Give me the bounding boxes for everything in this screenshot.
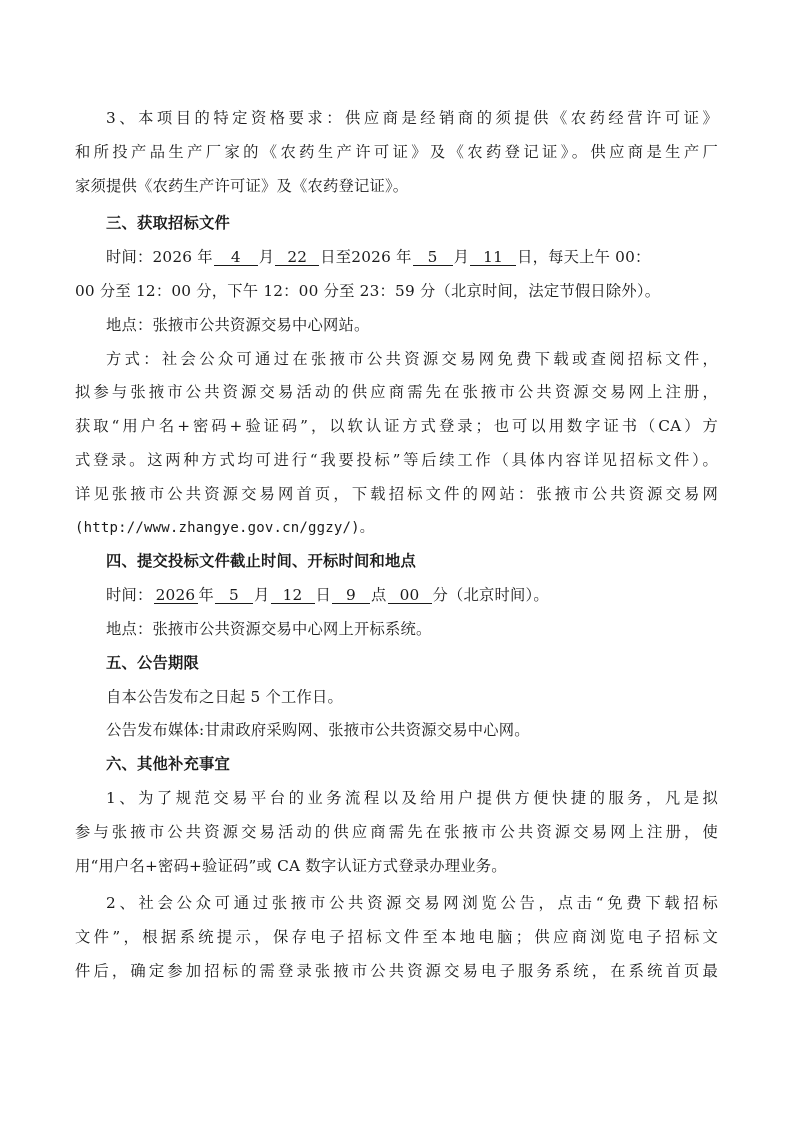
year-unit: 年 xyxy=(197,248,213,266)
start-year: 2026 xyxy=(153,248,193,266)
end-month-field: 5 xyxy=(413,249,453,266)
deadline-minute-field: 00 xyxy=(388,587,432,604)
day-to: 日至 xyxy=(320,248,351,266)
day-tail: 日，每天上午 00： xyxy=(517,248,650,266)
section3-method-line2: 拟参与张掖市公共资源交易活动的供应商需先在张掖市公共资源交易网上注册， xyxy=(75,376,718,410)
section3-method-line3: 获取“用户名+密码+验证码”，以软认证方式登录；也可以用数字证书（CA）方 xyxy=(75,410,718,444)
deadline-month-field: 5 xyxy=(215,587,253,604)
section3-method-line5: 详见张掖市公共资源交易网首页，下载招标文件的网站：张掖市公共资源交易网 xyxy=(75,478,718,512)
section5-heading: 五、公告期限 xyxy=(75,647,718,681)
year-unit: 年 xyxy=(396,248,412,266)
minute-unit: 分（北京时间）。 xyxy=(433,586,549,604)
section4-heading: 四、提交投标文件截止时间、开标时间和地点 xyxy=(75,545,718,579)
section3-heading: 三、获取招标文件 xyxy=(75,207,718,241)
section3-method-line4: 式登录。这两种方式均可进行“我要投标”等后续工作（具体内容详见招标文件）。 xyxy=(75,444,718,478)
section6-heading: 六、其他补充事宜 xyxy=(75,748,718,782)
start-day-field: 22 xyxy=(275,249,319,266)
time-label: 时间： xyxy=(106,586,153,604)
section4-place: 地点：张掖市公共资源交易中心网上开标系统。 xyxy=(75,613,718,647)
document-page: 3、本项目的特定资格要求：供应商是经销商的须提供《农药经营许可证》 和所投产品生… xyxy=(75,102,718,989)
section5-period: 自本公告发布之日起 5 个工作日。 xyxy=(75,681,718,715)
time-label: 时间： xyxy=(106,248,153,266)
month-unit: 月 xyxy=(254,586,270,604)
end-day-field: 11 xyxy=(470,249,516,266)
deadline-day-field: 12 xyxy=(271,587,315,604)
section3-place: 地点：张掖市公共资源交易中心网站。 xyxy=(75,309,718,343)
section3-url-link[interactable]: (http://www.zhangye.gov.cn/ggzy/)。 xyxy=(75,512,718,546)
day-unit: 日 xyxy=(316,586,332,604)
section4-time: 时间：2026年5月12日9点00分（北京时间）。 xyxy=(75,579,718,613)
qualification-item3-line2: 和所投产品生产厂家的《农药生产许可证》及《农药登记证》。供应商是生产厂 xyxy=(75,136,718,170)
end-year: 2026 xyxy=(351,248,391,266)
start-month-field: 4 xyxy=(214,249,258,266)
qualification-item3-line3: 家须提供《农药生产许可证》及《农药登记证》。 xyxy=(75,170,718,204)
year-unit: 年 xyxy=(199,586,215,604)
hour-unit: 点 xyxy=(371,586,387,604)
month-unit: 月 xyxy=(454,248,470,266)
section6-item2-line3: 件后，确定参加招标的需登录张掖市公共资源交易电子服务系统，在系统首页最 xyxy=(75,955,718,989)
section5-media: 公告发布媒体:甘肃政府采购网、张掖市公共资源交易中心网。 xyxy=(75,714,718,748)
month-unit: 月 xyxy=(259,248,275,266)
deadline-hour-field: 9 xyxy=(332,587,370,604)
section6-item1-line1: 1、为了规范交易平台的业务流程以及给用户提供方便快捷的服务，凡是拟 xyxy=(75,782,718,816)
section6-item1-line2: 参与张掖市公共资源交易活动的供应商需先在张掖市公共资源交易网上注册，使 xyxy=(75,816,718,850)
section6-item2-line2: 文件”，根据系统提示，保存电子招标文件至本地电脑；供应商浏览电子招标文 xyxy=(75,921,718,955)
section6-item2-line1: 2、社会公众可通过张掖市公共资源交易网浏览公告，点击“免费下载招标 xyxy=(75,887,718,921)
section6-item1-line3: 用“用户名+密码+验证码”或 CA 数字认证方式登录办理业务。 xyxy=(75,850,718,884)
section3-time-line2: 00 分至 12：00 分，下午 12：00 分至 23：59 分（北京时间，法… xyxy=(75,275,718,309)
deadline-year-field: 2026 xyxy=(154,587,198,604)
section3-method-line1: 方式：社会公众可通过在张掖市公共资源交易网免费下载或查阅招标文件， xyxy=(75,343,718,377)
qualification-item3-line1: 3、本项目的特定资格要求：供应商是经销商的须提供《农药经营许可证》 xyxy=(75,102,718,136)
section3-time-line1: 时间：2026 年4月22日至2026 年5月11日，每天上午 00： xyxy=(75,241,718,275)
